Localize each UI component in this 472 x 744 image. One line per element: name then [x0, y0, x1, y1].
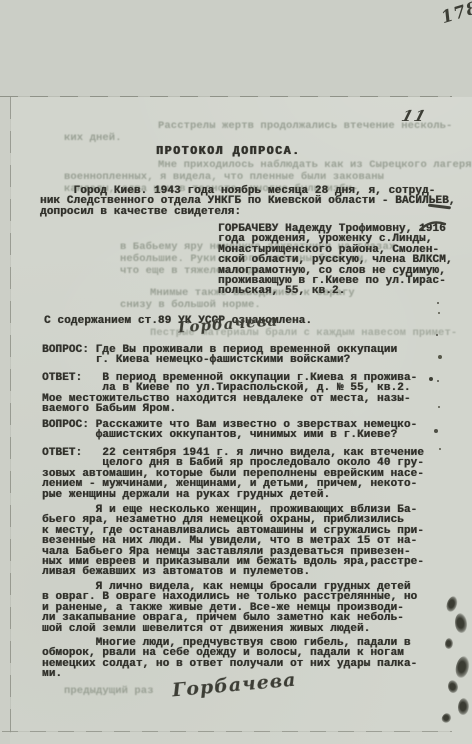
bleedthrough-line: Мне приходилось наблюдать как из Сырецко… [158, 160, 472, 170]
bleedthrough-line: снизу в большой норме. [120, 300, 261, 310]
document-title: ПРОТОКОЛ ДОПРОСА. [156, 147, 301, 157]
pencil-arrow-mark [419, 219, 447, 237]
sheet-edge-bottom [2, 731, 452, 732]
witness-details-block: ГОРБАЧЕВУ Надежду Трофимовну, 1916 года … [218, 224, 453, 297]
scan-margin-top [0, 0, 472, 97]
dust-speckles [0, 0, 2, 2]
ink-blotch [445, 638, 453, 649]
answer-2-paragraph-3: Я лично видела, как немцы бросали грудны… [42, 582, 417, 634]
crease-speck-column [437, 302, 439, 304]
ink-blotch [445, 595, 459, 613]
ink-blotch [458, 698, 469, 715]
ink-blotch [455, 655, 471, 679]
pencil-arrow-icon [419, 219, 447, 232]
sheet-edge-left [10, 97, 11, 733]
answer-2-paragraph-1: ОТВЕТ: 22 сентября 1941 г. я лично видел… [42, 448, 424, 500]
ink-blotch [441, 712, 453, 724]
bleedthrough-line: Расстрелы жертв продолжались втечение не… [158, 121, 452, 131]
ink-blotch [446, 679, 459, 694]
bleedthrough-line: ких дней. [64, 133, 122, 143]
ink-blotch [453, 612, 468, 634]
bleedthrough-line: военнопленных, я видела, что пленные был… [64, 172, 384, 182]
scanned-document-page: 178 11 Расстрелы жертв продолжались втеч… [0, 0, 472, 744]
sheet-edge-top [0, 96, 452, 97]
question-1-block: ВОПРОС: Где Вы проживали в период времен… [42, 345, 397, 366]
answer-2-paragraph-2: Я и еще несколько женщин, проживающих вб… [42, 505, 424, 578]
answer-1-block: ОТВЕТ: В период временной оккупации г.Ки… [42, 373, 417, 415]
intro-paragraph: Город Киев. 1943 года ноябрь месяца 28 д… [40, 186, 455, 217]
question-2-block: ВОПРОС: Расскажите что Вам известно о зв… [42, 420, 417, 441]
bleedthrough-line: предыдущий раз [64, 686, 154, 696]
scan-margin-left [0, 97, 10, 744]
